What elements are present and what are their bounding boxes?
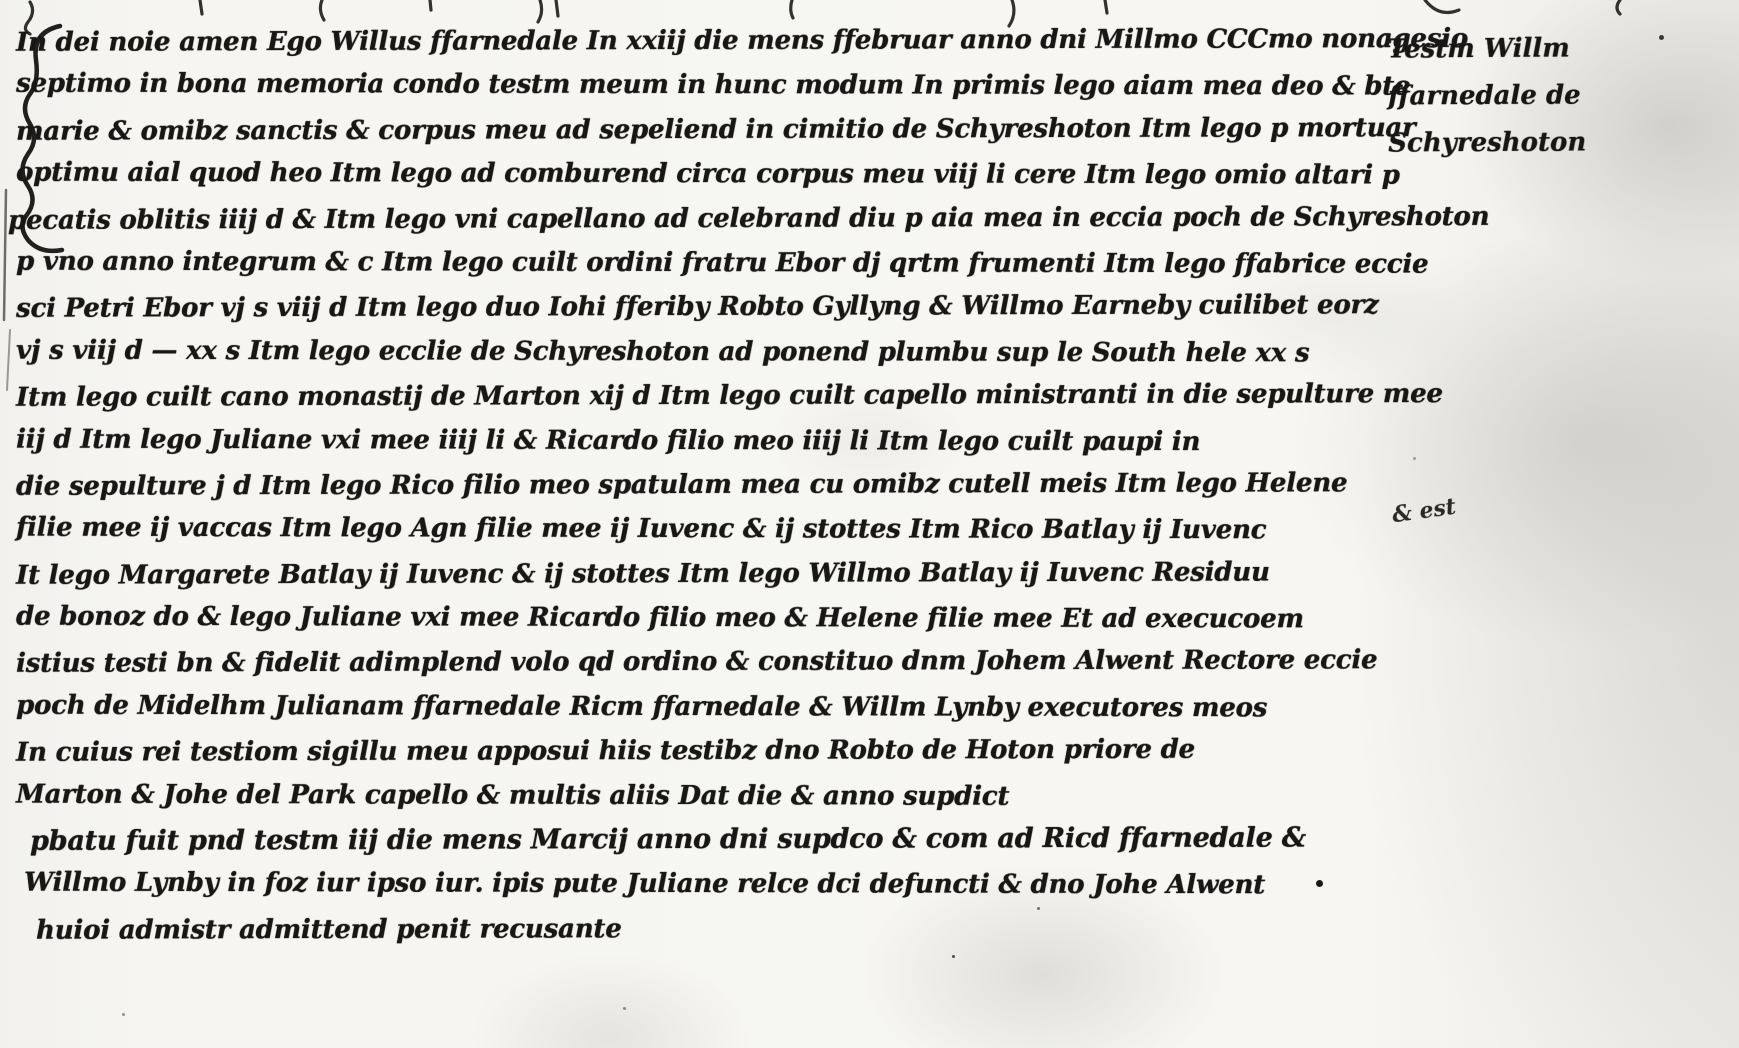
margin-rubric: Testm Willm ffarnedale de Schyreshoton bbox=[1388, 26, 1569, 168]
manuscript-line: pecatis oblitis iiij d & Itm lego vni ca… bbox=[8, 200, 1346, 248]
manuscript-line: septimo in bona memoria condo testm meum… bbox=[16, 67, 1346, 114]
manuscript-text-block: In dei noie amen Ego Willus ffarnedale I… bbox=[16, 24, 1346, 956]
margin-rubric-line: Testm Willm bbox=[1388, 26, 1568, 74]
manuscript-line: p vno anno integrum & c Itm lego cuilt o… bbox=[16, 245, 1346, 292]
margin-rubric-line: ffarnedale de bbox=[1388, 73, 1568, 121]
manuscript-line: In dei noie amen Ego Willus ffarnedale I… bbox=[16, 22, 1346, 70]
manuscript-line: pbatu fuit pnd testm iij die mens Marcij… bbox=[30, 821, 1346, 869]
manuscript-line: Marton & Johe del Park capello & multis … bbox=[16, 777, 1346, 824]
manuscript-line: filie mee ij vaccas Itm lego Agn filie m… bbox=[16, 511, 1346, 558]
manuscript-line: die sepulture j d Itm lego Rico filio me… bbox=[16, 466, 1346, 514]
manuscript-line: vj s viij d — xx s Itm lego ecclie de Sc… bbox=[16, 333, 1346, 380]
manuscript-line: Willmo Lynby in foz iur ipso iur. ipis p… bbox=[24, 866, 1346, 913]
manuscript-line: optimu aial quod heo Itm lego ad combure… bbox=[16, 156, 1346, 203]
manuscript-line: huioi admistr admittend penit recusante bbox=[36, 910, 1346, 958]
margin-mark: & est bbox=[1391, 494, 1458, 529]
margin-rubric-line: Schyreshoton bbox=[1388, 120, 1568, 168]
manuscript-line: de bonoz do & lego Juliane vxi mee Ricar… bbox=[16, 600, 1346, 647]
manuscript-line: istius testi bn & fidelit adimplend volo… bbox=[16, 644, 1346, 692]
manuscript-scan: In dei noie amen Ego Willus ffarnedale I… bbox=[0, 0, 1739, 1048]
manuscript-line: It lego Margarete Batlay ij Iuvenc & ij … bbox=[16, 555, 1346, 603]
manuscript-line: In cuius rei testiom sigillu meu apposui… bbox=[16, 733, 1346, 781]
ink-blot bbox=[1316, 880, 1323, 887]
manuscript-line: iij d Itm lego Juliane vxi mee iiij li &… bbox=[16, 422, 1346, 469]
manuscript-line: poch de Midelhm Julianam ffarnedale Ricm… bbox=[16, 688, 1346, 735]
manuscript-line: Itm lego cuilt cano monastij de Marton x… bbox=[16, 377, 1346, 425]
manuscript-line: marie & omibz sanctis & corpus meu ad se… bbox=[16, 111, 1346, 159]
manuscript-line: sci Petri Ebor vj s viij d Itm lego duo … bbox=[16, 289, 1346, 337]
